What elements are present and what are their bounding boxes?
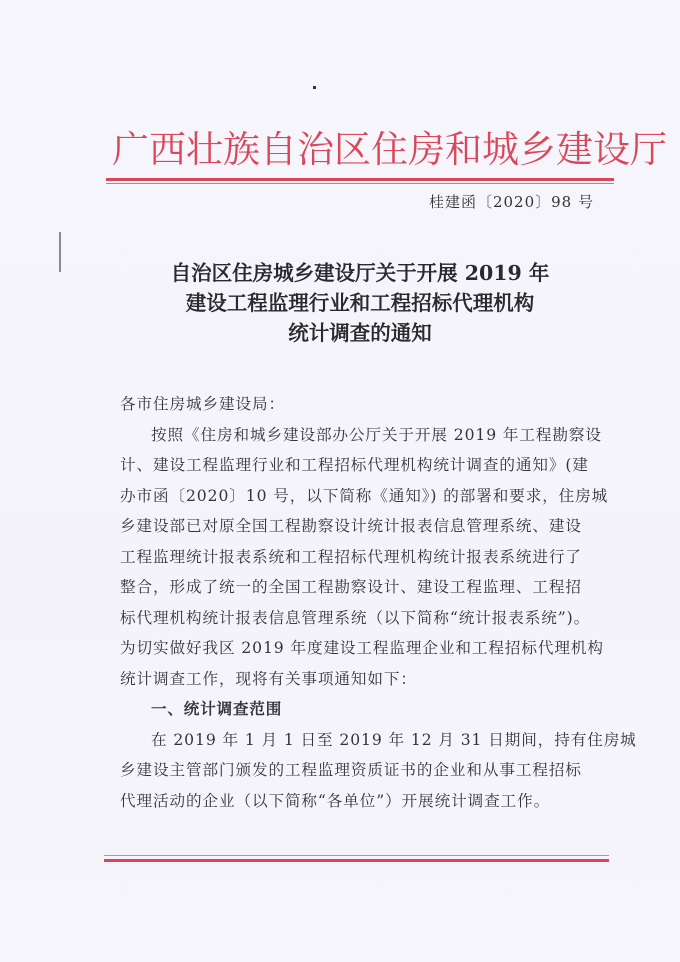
salutation: 各市住房城乡建设局：: [120, 389, 610, 420]
document-body: 各市住房城乡建设局： 按照《住房和城乡建设部办公厅关于开展 2019 年工程勘察…: [120, 389, 610, 816]
masthead-rule-thick: [106, 178, 614, 181]
paragraph-line: 标代理机构统计报表信息管理系统（以下简称“统计报表系统”)。: [120, 603, 610, 634]
masthead-rule-thin: [106, 183, 614, 184]
section-heading: 一、统计调查范围: [120, 694, 610, 725]
paragraph-line: 整合，形成了统一的全国工程勘察设计、建设工程监理、工程招: [120, 572, 610, 603]
paragraph-line: 计、建设工程监理行业和工程招标代理机构统计调查的通知》(建: [120, 450, 610, 481]
footer-rule-thick: [104, 859, 609, 862]
paragraph-line: 按照《住房和城乡建设部办公厅关于开展 2019 年工程勘察设: [120, 420, 610, 451]
paragraph-line: 乡建设主管部门颁发的工程监理资质证书的企业和从事工程招标: [120, 755, 610, 786]
issuer-masthead: 广西壮族自治区住房和城乡建设厅: [112, 128, 612, 172]
paragraph-line: 为切实做好我区 2019 年度建设工程监理企业和工程招标代理机构: [120, 633, 610, 664]
paragraph-line: 代理活动的企业（以下简称“各单位”）开展统计调查工作。: [120, 786, 610, 817]
footer-rule-thin: [104, 855, 609, 856]
title-line: 统计调查的通知: [110, 318, 610, 348]
document-title: 自治区住房城乡建设厅关于开展 2019 年 建设工程监理行业和工程招标代理机构 …: [110, 258, 610, 348]
paragraph-line: 统计调查工作，现将有关事项通知如下：: [120, 664, 610, 695]
title-line: 建设工程监理行业和工程招标代理机构: [110, 288, 610, 318]
title-line: 自治区住房城乡建设厅关于开展 2019 年: [110, 258, 610, 288]
paragraph-line: 工程监理统计报表系统和工程招标代理机构统计报表系统进行了: [120, 542, 610, 573]
binding-margin-mark: [59, 232, 61, 272]
paragraph-line: 在 2019 年 1 月 1 日至 2019 年 12 月 31 日期间，持有住…: [120, 725, 610, 756]
paragraph-line: 乡建设部已对原全国工程勘察设计统计报表信息管理系统、建设: [120, 511, 610, 542]
scan-speck: [313, 86, 316, 89]
paragraph-line: 办市函〔2020〕10 号，以下简称《通知》) 的部署和要求，住房城: [120, 481, 610, 512]
document-number: 桂建函〔2020〕98 号: [429, 191, 594, 212]
document-page: 广西壮族自治区住房和城乡建设厅 桂建函〔2020〕98 号 自治区住房城乡建设厅…: [0, 0, 680, 962]
